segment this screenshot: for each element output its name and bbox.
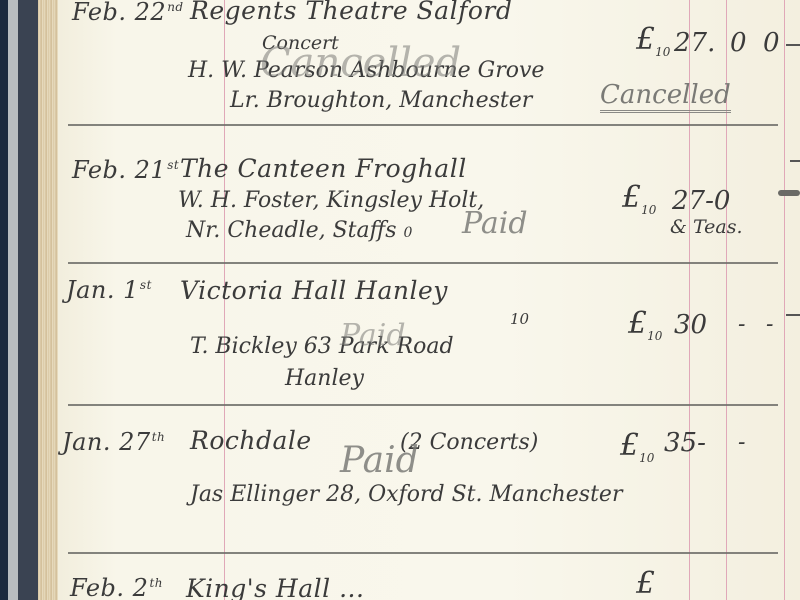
entry-date: Jan. 27th xyxy=(62,428,165,456)
entry-venue: Rochdale xyxy=(190,426,312,455)
pound-sign: £10 xyxy=(622,180,656,217)
paid-overwrite: Paid xyxy=(462,206,528,241)
pound-sign: £10 xyxy=(628,306,662,343)
entry-venue: King's Hall ... xyxy=(186,574,364,600)
margin-mark xyxy=(790,160,800,162)
paid-overwrite: Paid xyxy=(340,318,406,353)
entry-contact: W. H. Foster, Kingsley Holt, xyxy=(178,188,484,213)
entry-address: Hanley xyxy=(285,366,364,391)
entry-venue: The Canteen Froghall xyxy=(180,154,467,183)
entry-mark: 10 xyxy=(510,310,529,328)
ink-blot xyxy=(778,190,800,196)
cover-gap xyxy=(8,0,18,600)
entry-contact: T. Bickley 63 Park Road xyxy=(190,334,454,359)
fee-pounds: 27. xyxy=(674,28,715,58)
entry-venue: Victoria Hall Hanley xyxy=(180,276,448,305)
page-edges xyxy=(38,0,58,600)
row-separator xyxy=(68,262,778,264)
entry-contact: Jas Ellinger 28, Oxford St. Manchester xyxy=(190,482,622,507)
fee-pence: 0 xyxy=(763,28,780,58)
fee-pounds: 27-0 xyxy=(672,186,730,216)
shillings-column-rule xyxy=(784,0,785,600)
entry-date: Jan. 1st xyxy=(66,276,152,304)
row-separator xyxy=(68,124,778,126)
fee-extra: & Teas. xyxy=(670,216,743,238)
fee-shillings: - xyxy=(738,312,745,337)
status-cancelled: Cancelled xyxy=(600,80,731,110)
entry-date: Feb. 2th xyxy=(70,574,163,600)
fee-shillings: 0 xyxy=(730,28,747,58)
spine-cloth xyxy=(18,0,38,600)
entry-venue: Regents Theatre Salford xyxy=(190,0,512,25)
cancelled-overwrite: Cancelled xyxy=(260,40,461,86)
entry-address: Lr. Broughton, Manchester xyxy=(230,88,532,113)
book-cover xyxy=(0,0,8,600)
margin-mark xyxy=(786,44,800,46)
entry-note: (2 Concerts) xyxy=(400,430,538,455)
entry-address: Nr. Cheadle, Staffs 0 xyxy=(186,218,412,243)
pound-sign: £ xyxy=(636,566,655,600)
pound-sign: £10 xyxy=(620,428,654,465)
margin-mark xyxy=(786,314,800,316)
paid-overwrite: Paid xyxy=(340,440,419,481)
fee-pounds: 35- xyxy=(664,428,706,458)
row-separator xyxy=(68,404,778,406)
row-separator xyxy=(68,552,778,554)
fee-shillings: - xyxy=(738,430,745,455)
fee-pence: - xyxy=(766,312,773,337)
fee-pounds: 30 xyxy=(674,310,707,340)
pound-sign: £10 xyxy=(636,22,670,59)
entry-date: Feb. 22nd xyxy=(72,0,184,26)
entry-date: Feb. 21st xyxy=(72,156,179,184)
